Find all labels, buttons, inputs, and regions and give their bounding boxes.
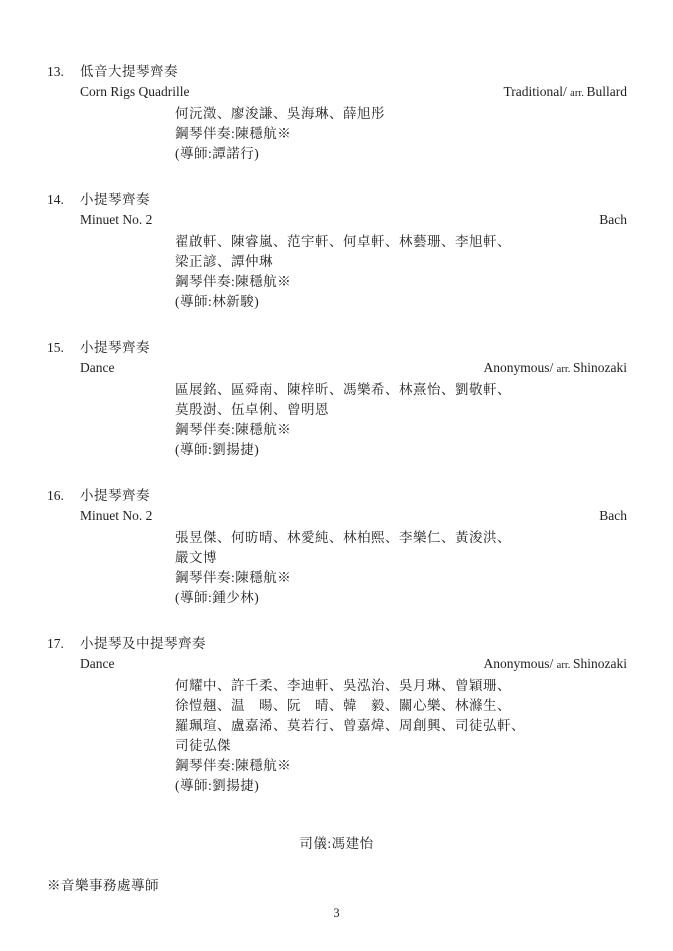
item-number: 13. bbox=[47, 62, 80, 82]
accompanist-line: 鋼琴伴奏:陳穩航※ bbox=[175, 420, 627, 440]
accompanist-line: 鋼琴伴奏:陳穩航※ bbox=[175, 124, 627, 144]
item-category: 低音大提琴齊奏 bbox=[80, 62, 178, 82]
piece-row: Minuet No. 2 Bach bbox=[47, 506, 627, 528]
program-item-17: 17. 小提琴及中提琴齊奏 Dance Anonymous/ arr. Shin… bbox=[0, 634, 673, 796]
piece-row: Corn Rigs Quadrille Traditional/ arr. Bu… bbox=[47, 82, 627, 104]
arranger-name: Shinozaki bbox=[573, 656, 627, 671]
tutor-line: (導師:譚諾行) bbox=[175, 144, 627, 164]
arranger-abbrev: arr. bbox=[557, 660, 573, 671]
item-number: 17. bbox=[47, 634, 80, 654]
performers-block: 區展銘、區舜南、陳梓昕、馮樂希、林熹怡、劉敬軒、 莫殷澍、伍卓俐、曾明恩 鋼琴伴… bbox=[47, 380, 627, 460]
item-head: 14. 小提琴齊奏 bbox=[47, 190, 627, 210]
composer-name: Bach bbox=[599, 508, 627, 523]
arranger-abbrev: arr. bbox=[570, 88, 586, 99]
piece-title: Minuet No. 2 bbox=[80, 506, 152, 528]
composer-credit: Anonymous/ arr. Shinozaki bbox=[484, 654, 627, 676]
accompanist-line: 鋼琴伴奏:陳穩航※ bbox=[175, 756, 627, 776]
composer-credit: Traditional/ arr. Bullard bbox=[504, 82, 627, 104]
composer-name: Anonymous/ bbox=[484, 656, 557, 671]
piece-row: Dance Anonymous/ arr. Shinozaki bbox=[47, 358, 627, 380]
item-category: 小提琴齊奏 bbox=[80, 486, 150, 506]
performer-line: 何耀中、許千柔、李迪軒、吳泓治、吳月琳、曾穎珊、 bbox=[175, 676, 627, 696]
composer-credit: Bach bbox=[599, 210, 627, 232]
composer-name: Bach bbox=[599, 212, 627, 227]
program-item-14: 14. 小提琴齊奏 Minuet No. 2 Bach 翟啟軒、陳睿嵐、范宇軒、… bbox=[0, 190, 673, 312]
performer-line: 區展銘、區舜南、陳梓昕、馮樂希、林熹怡、劉敬軒、 bbox=[175, 380, 627, 400]
arranger-name: Shinozaki bbox=[573, 360, 627, 375]
arranger-name: Bullard bbox=[587, 84, 628, 99]
item-category: 小提琴齊奏 bbox=[80, 190, 150, 210]
item-head: 17. 小提琴及中提琴齊奏 bbox=[47, 634, 627, 654]
tutor-line: (導師:劉揚捷) bbox=[175, 440, 627, 460]
item-number: 15. bbox=[47, 338, 80, 358]
item-head: 15. 小提琴齊奏 bbox=[47, 338, 627, 358]
performer-line: 徐愷翹、温 暘、阮 晴、韓 毅、關心樂、林滌生、 bbox=[175, 696, 627, 716]
performers-block: 翟啟軒、陳睿嵐、范宇軒、何卓軒、林藝珊、李旭軒、 梁正諺、譚仲琳 鋼琴伴奏:陳穩… bbox=[47, 232, 627, 312]
item-category: 小提琴齊奏 bbox=[80, 338, 150, 358]
composer-credit: Anonymous/ arr. Shinozaki bbox=[484, 358, 627, 380]
performers-block: 何沅澂、廖浚謙、吳海琳、薛旭彤 鋼琴伴奏:陳穩航※ (導師:譚諾行) bbox=[47, 104, 627, 164]
performer-line: 翟啟軒、陳睿嵐、范宇軒、何卓軒、林藝珊、李旭軒、 bbox=[175, 232, 627, 252]
accompanist-line: 鋼琴伴奏:陳穩航※ bbox=[175, 568, 627, 588]
program-item-16: 16. 小提琴齊奏 Minuet No. 2 Bach 張昱傑、何昉晴、林愛純、… bbox=[0, 486, 673, 608]
arranger-abbrev: arr. bbox=[557, 364, 573, 375]
item-number: 14. bbox=[47, 190, 80, 210]
composer-name: Traditional/ bbox=[504, 84, 571, 99]
mc-line: 司儀:馮建怡 bbox=[0, 834, 673, 854]
item-category: 小提琴及中提琴齊奏 bbox=[80, 634, 206, 654]
program-item-13: 13. 低音大提琴齊奏 Corn Rigs Quadrille Traditio… bbox=[0, 62, 673, 164]
performer-line: 何沅澂、廖浚謙、吳海琳、薛旭彤 bbox=[175, 104, 627, 124]
tutor-line: (導師:劉揚捷) bbox=[175, 776, 627, 796]
program-content: 13. 低音大提琴齊奏 Corn Rigs Quadrille Traditio… bbox=[0, 0, 673, 896]
item-head: 13. 低音大提琴齊奏 bbox=[47, 62, 627, 82]
performer-line: 司徒弘傑 bbox=[175, 736, 627, 756]
piece-row: Dance Anonymous/ arr. Shinozaki bbox=[47, 654, 627, 676]
performers-block: 何耀中、許千柔、李迪軒、吳泓治、吳月琳、曾穎珊、 徐愷翹、温 暘、阮 晴、韓 毅… bbox=[47, 676, 627, 796]
program-item-15: 15. 小提琴齊奏 Dance Anonymous/ arr. Shinozak… bbox=[0, 338, 673, 460]
piece-title: Dance bbox=[80, 654, 114, 676]
piece-title: Minuet No. 2 bbox=[80, 210, 152, 232]
composer-name: Anonymous/ bbox=[484, 360, 557, 375]
performer-line: 張昱傑、何昉晴、林愛純、林柏熙、李樂仁、黃浚洪、 bbox=[175, 528, 627, 548]
tutor-line: (導師:鍾少林) bbox=[175, 588, 627, 608]
program-page: 13. 低音大提琴齊奏 Corn Rigs Quadrille Traditio… bbox=[0, 0, 673, 951]
performer-line: 羅珮瑄、盧嘉浠、莫若行、曾嘉煒、周創興、司徒弘軒、 bbox=[175, 716, 627, 736]
item-head: 16. 小提琴齊奏 bbox=[47, 486, 627, 506]
tutor-line: (導師:林新駿) bbox=[175, 292, 627, 312]
piece-row: Minuet No. 2 Bach bbox=[47, 210, 627, 232]
performer-line: 梁正諺、譚仲琳 bbox=[175, 252, 627, 272]
tutor-footnote: ※音樂事務處導師 bbox=[0, 876, 673, 896]
piece-title: Corn Rigs Quadrille bbox=[80, 82, 190, 104]
performer-line: 嚴文博 bbox=[175, 548, 627, 568]
page-number: 3 bbox=[0, 903, 673, 923]
performer-line: 莫殷澍、伍卓俐、曾明恩 bbox=[175, 400, 627, 420]
item-number: 16. bbox=[47, 486, 80, 506]
performers-block: 張昱傑、何昉晴、林愛純、林柏熙、李樂仁、黃浚洪、 嚴文博 鋼琴伴奏:陳穩航※ (… bbox=[47, 528, 627, 608]
piece-title: Dance bbox=[80, 358, 114, 380]
accompanist-line: 鋼琴伴奏:陳穩航※ bbox=[175, 272, 627, 292]
composer-credit: Bach bbox=[599, 506, 627, 528]
